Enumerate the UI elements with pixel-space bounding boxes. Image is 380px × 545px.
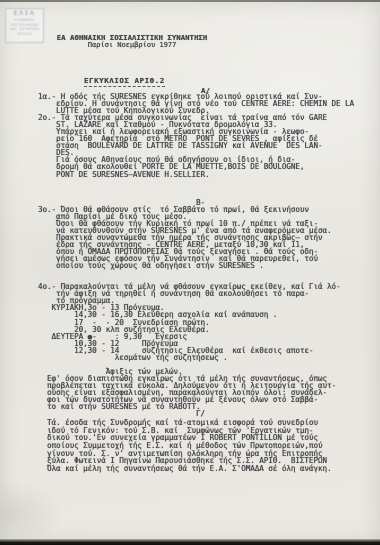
doc-line [38,178,376,185]
doc-line: Όλα καί μέλη τής συναντήσεως θά τήν Ε.Α.… [38,465,376,473]
doc-line [38,185,376,192]
doc-header: ΕΑ ΑΘΗΝΑΙΚΗ ΣΟΣΙΑΛΙΣΤΙΚΗ ΣΥΝΑΝΤΗΣΗ Παρίσ… [52,34,212,49]
doc-line: οποίου τούς χώρους θά οδηγήσει στήν SURE… [38,262,376,269]
scan-edge-bottom [0,539,380,545]
doc-line: στάση BOULEVARD DE LATTRE DE TASSIGNY κα… [38,142,376,149]
doc-date-line: Παρίσι Νοεμβρίου 1977 [52,42,212,49]
stamp-line: ΑΡΧΕΙΟ [6,32,43,37]
doc-line: λεσμάτων τής συζητήσεως . [38,354,376,361]
doc-line [38,269,376,276]
doc-body: 1α.- Η οδός τής SURESNES εγκρίθηκε τού λ… [38,93,376,417]
archive-stamp: ΕΛΙΑ ΕΛΛΗΝΙΚΟ ΛΟΓΟΤΕΧΝΙΚΟ ΚΑΙ ΙΣΤΟΡΙΚΟ Α… [5,8,44,43]
doc-line: Γ/ [38,410,376,417]
doc-footer: Τά. έσοδα τής Συνδρομής καί τά-ατομικά ε… [38,419,376,473]
scanned-document-page: ΕΛΙΑ ΕΛΛΗΝΙΚΟ ΛΟΓΟΤΕΧΝΙΚΟ ΚΑΙ ΙΣΤΟΡΙΚΟ Α… [0,0,380,545]
circular-title: ΕΓΚΥΚΛΙΟΣ ΑΡΙΘ.2 [84,76,165,87]
doc-line: PONT DE SURESNES—AVENUE H.SELLIER. [38,171,376,178]
scan-edge-top [0,0,380,2]
